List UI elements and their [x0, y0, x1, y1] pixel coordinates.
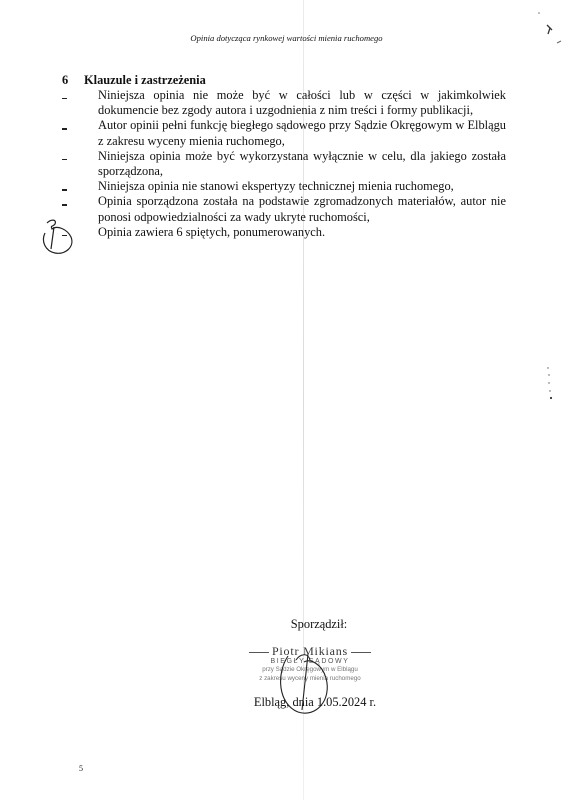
expert-stamp: Piotr Mikians BIEGŁY SĄDOWY przy Sądzie … [225, 644, 395, 683]
list-item-text: Opinia sporządzona została na podstawie … [98, 194, 506, 224]
list-item: Opinia sporządzona została na podstawie … [62, 194, 506, 224]
list-item-text: Opinia zawiera 6 spiętych, ponumerowanyc… [98, 225, 506, 240]
list-item-text: Niniejsza opinia nie może być w całości … [98, 88, 506, 118]
section-number: 6 [62, 73, 84, 88]
handwritten-initial-icon [37, 215, 79, 257]
handwritten-signature-icon [270, 646, 340, 718]
list-item: Niniejsza opinia nie stanowi ekspertyzy … [62, 179, 506, 194]
list-item-text: Niniejsza opinia może być wykorzystana w… [98, 149, 506, 179]
running-header: Opinia dotycząca rynkowej wartości mieni… [0, 33, 565, 43]
scan-artifact-dots-icon [545, 365, 555, 410]
scan-artifact-marks-icon [535, 10, 565, 55]
list-item: Niniejsza opinia nie może być w całości … [62, 88, 506, 118]
list-item: Autor opinii pełni funkcję biegłego sądo… [62, 118, 506, 148]
clause-list: Niniejsza opinia nie może być w całości … [62, 88, 506, 240]
section-title: Klauzule i zastrzeżenia [84, 73, 206, 87]
section-heading: 6Klauzule i zastrzeżenia [62, 73, 206, 88]
list-item: Opinia zawiera 6 spiętych, ponumerowanyc… [62, 225, 506, 240]
list-item: Niniejsza opinia może być wykorzystana w… [62, 149, 506, 179]
list-item-text: Niniejsza opinia nie stanowi ekspertyzy … [98, 179, 506, 194]
signature-block: Sporządził: Piotr Mikians BIEGŁY SĄDOWY … [225, 617, 395, 710]
list-item-text: Autor opinii pełni funkcję biegłego sądo… [98, 118, 506, 148]
page-number: 5 [79, 764, 83, 773]
prepared-by-label: Sporządził: [243, 617, 395, 632]
